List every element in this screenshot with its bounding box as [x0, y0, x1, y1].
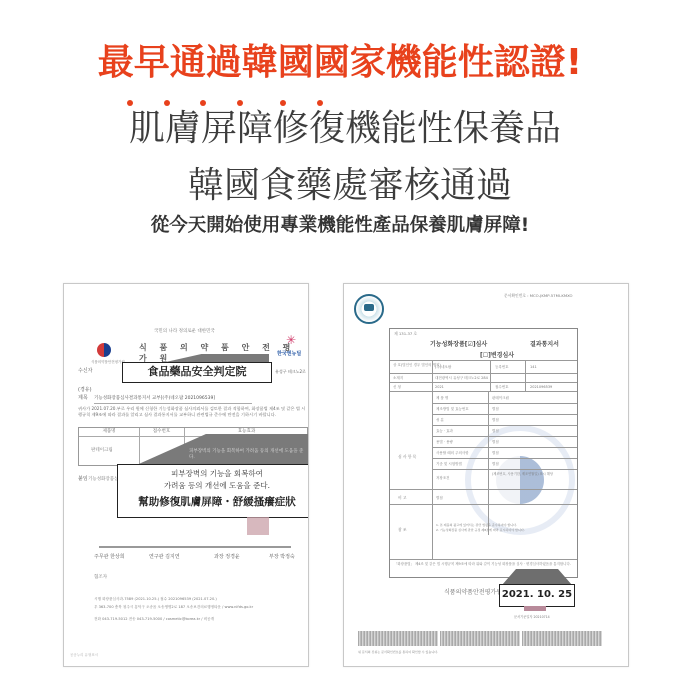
row-label: 소재지 — [393, 375, 403, 381]
row-label: 등록번호 — [495, 364, 509, 370]
review-item: 효능 · 효과 — [436, 428, 453, 434]
form-number: 제 131-37 호 — [394, 331, 417, 337]
review-item: 기준 및 시험방법 — [436, 461, 462, 467]
body-text: 귀사가 2021.07.20.부로 우리 원에 신청한 기능성화장품 심사의뢰서… — [78, 406, 306, 418]
row-value: 2021096539 — [530, 384, 552, 390]
signature-role: 연구관 김지연 — [149, 554, 180, 561]
approval-letter-document: 국민의 나라 정의로운 대한민국 식품의약품안전평가원 식 품 의 약 품 안 … — [63, 283, 309, 667]
motto: 국민의 나라 정의로운 대한민국 — [154, 329, 215, 335]
footer-line: 우 363-700 충북 청주시 흥덕구 오송읍 오송생명2로 187 오송보건… — [94, 604, 253, 610]
review-result: 별첨 — [492, 439, 499, 445]
callout-agency-name: 食品藥品安全判定院 — [122, 362, 272, 383]
row-label: 신 청 — [393, 384, 401, 390]
subtitle-approval: 韓國食藥處審核通過 — [0, 163, 680, 209]
table-header: 제품명 — [79, 428, 139, 436]
recipient-value: 유성구 테크노2로 — [275, 368, 306, 375]
table-cell-efficacy: 피부장벽의 기능을 회복하여 가려움 등의 개선에 도움을 준다. — [189, 449, 304, 461]
review-result: 별첨 — [492, 428, 499, 434]
signature-role: 주무관 한상희 — [94, 554, 125, 561]
row-label: 접수번호 — [495, 384, 509, 390]
table-header: 접수번호 — [139, 428, 184, 436]
issue-footer: 문서기준일자 20210714 — [514, 614, 550, 620]
review-item: 저장조건 — [436, 475, 450, 481]
callout-chinese: 幫助修復肌膚屏障・舒緩搔癢症狀 — [118, 494, 309, 510]
barcode-icon — [440, 631, 520, 646]
signature-role: 부장 박정숙 — [269, 554, 295, 561]
callout-korean-line1: 피부장벽의 기능을 회복하여 — [118, 468, 309, 480]
review-result: 별첨 — [492, 417, 499, 423]
document-number: 문서확인번호 : MCO-JKMP-57MI-KMXO — [504, 293, 572, 299]
subject-label: 제목 — [78, 395, 88, 402]
review-item: 제 품 명 — [436, 395, 448, 401]
issuer-name: 식품의약품안전평가원 — [444, 589, 502, 596]
ministry-watermark-icon — [465, 425, 575, 535]
footer-line: 시행 화장품심사과-7589 (2021.10.25.) 접수 20210965… — [94, 596, 217, 602]
row-value: (주)네오팜 — [435, 364, 451, 370]
government-logo-caption: 식품의약품안전평가원 — [91, 359, 125, 365]
review-section-label: 심 사 항 목 — [398, 454, 416, 460]
row-value: 141 — [530, 364, 537, 370]
subject-value: 기능성화장품심사결과통지서 교부[(주)네오팜 2021096539] — [94, 396, 215, 402]
notes-label: 참 조 — [398, 527, 407, 533]
review-result: 별첨 — [492, 450, 499, 456]
fine-print: 위 문서의 진위는 문서확인번호를 통하여 확인할 수 있습니다. — [358, 649, 438, 655]
callout-korean-line2: 가려움 등의 개선에 도움을 준다. — [118, 480, 309, 492]
review-result: 별첨 — [492, 461, 499, 467]
row-value: 대전광역시 유성구 테크노2로 284 — [435, 375, 488, 381]
official-seal-icon — [247, 517, 269, 535]
row-value: 2021 — [435, 384, 444, 390]
reference-label: (경유) — [78, 387, 92, 394]
review-result: 별첨 — [492, 406, 499, 412]
signature-divider — [99, 546, 291, 548]
remarks-value: 별첨 — [436, 495, 443, 501]
statement: 「화장품법」 제4조 및 같은 법 시행규칙 제9조에 따라 위와 같이 기능성… — [394, 562, 574, 567]
subject-underline — [94, 403, 252, 404]
government-logo-icon — [97, 343, 111, 357]
review-item: 용법 · 용량 — [436, 439, 453, 445]
certification-seal-icon — [354, 294, 384, 324]
review-result: (제조번호, 사용기한, 제조연월일) 표시 해당 — [492, 472, 576, 477]
row-label: 상 호(법인인 경우 법인의 명칭) — [393, 362, 441, 368]
korea-logo-caption: 한국엔뉴딜 — [277, 350, 301, 357]
cc-label: 협조자 — [94, 575, 107, 581]
result-table: 제 131-37 호 기능성화장품[☑]심사 결과통지서 [☐]변경심사 상 호… — [389, 328, 578, 578]
signature-role: 과장 정경윤 — [214, 554, 240, 561]
notice-title: 결과통지서 — [530, 339, 559, 348]
result-notice-document: 문서확인번호 : MCO-JKMP-57MI-KMXO 제 131-37 호 기… — [343, 283, 629, 667]
review-result: 판테이크림 — [492, 395, 509, 401]
barcode-icon — [522, 631, 602, 646]
barcode-icon — [358, 631, 438, 646]
review-item: 성 분 — [436, 417, 444, 423]
subtitle-product: 肌膚屏障修復機能性保養品 — [0, 106, 680, 152]
review-title: 기능성화장품[☑]심사 — [430, 339, 487, 348]
corner-note: 공공누리 유형표시 — [70, 652, 98, 658]
notes-line: 2. 기능성화장품 심사에 관한 규정 제8조에 따라 표시하여야 합니다. — [436, 527, 525, 533]
headline: 最早通過韓國國家機能性認證! — [0, 40, 680, 86]
table-cell-product: 판테이크림 — [91, 448, 113, 454]
remarks-label: 비 고 — [398, 495, 407, 501]
callout-issue-date: 2021. 10. 25 — [499, 584, 575, 607]
korea-newdeal-logo-icon: ✳ — [286, 333, 296, 347]
review-item: 제조방법 및 효능번호 — [436, 406, 469, 412]
recipient-label: 수신자 — [78, 368, 93, 375]
callout-efficacy: 피부장벽의 기능을 회복하여 가려움 등의 개선에 도움을 준다. 幫助修復肌膚… — [117, 464, 309, 518]
attachment-label: 붙임 — [78, 476, 88, 483]
footer-line: 전화 043-719-5012 전송 043-719-5000 / cosmet… — [94, 616, 214, 622]
change-review-title: [☐]변경심사 — [480, 350, 514, 359]
review-item: 사용할 때의 주의사항 — [436, 450, 469, 456]
issuer-stamp-icon — [524, 606, 546, 611]
subtitle-tagline: 從今天開始使用專業機能性產品保養肌膚屏障! — [0, 213, 680, 239]
